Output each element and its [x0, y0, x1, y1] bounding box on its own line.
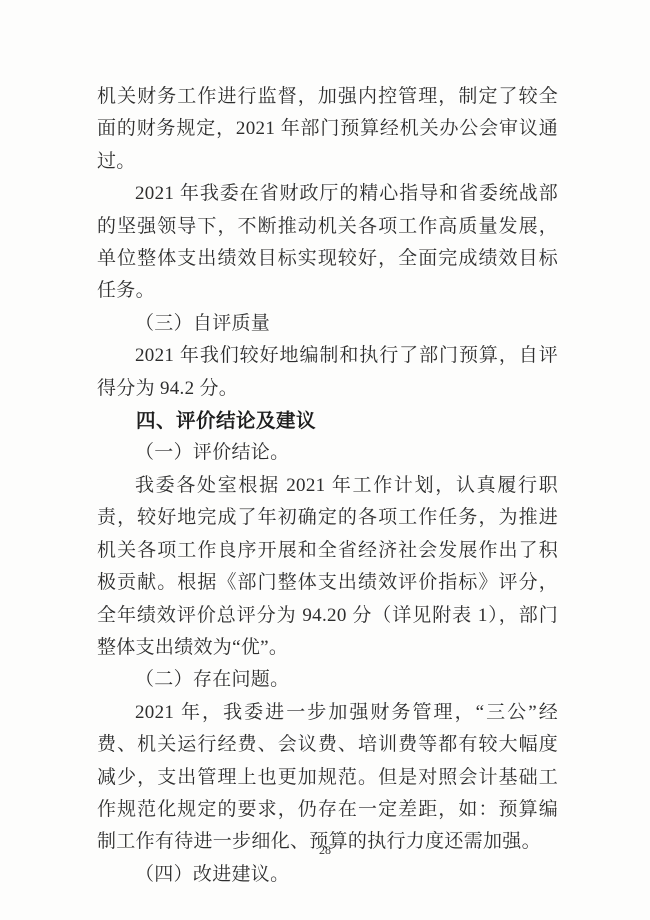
subsection-heading-improvement-suggestions: （四）改进建议。 — [97, 859, 558, 891]
document-body: 机关财务工作进行监督，加强内控管理，制定了较全面的财务规定，2021 年部门预算… — [97, 81, 558, 891]
paragraph: 2021 年我委在省财政厅的精心指导和省委统战部的坚强领导下，不断推动机关各项工… — [97, 178, 558, 308]
paragraph: 2021 年，我委进一步加强财务管理，“三公”经费、机关运行经费、会议费、培训费… — [97, 697, 558, 859]
subsection-heading-existing-problems: （二）存在问题。 — [97, 664, 558, 696]
paragraph: 2021 年我们较好地编制和执行了部门预算，自评得分为 94.2 分。 — [97, 340, 558, 405]
document-page: 机关财务工作进行监督，加强内控管理，制定了较全面的财务规定，2021 年部门预算… — [0, 0, 650, 920]
subsection-heading-self-eval-quality: （三）自评质量 — [97, 308, 558, 340]
paragraph-continuation: 机关财务工作进行监督，加强内控管理，制定了较全面的财务规定，2021 年部门预算… — [97, 81, 558, 178]
paragraph: 我委各处室根据 2021 年工作计划，认真履行职责，较好地完成了年初确定的各项工… — [97, 470, 558, 664]
section-heading-conclusion-and-suggestions: 四、评价结论及建议 — [97, 405, 558, 437]
subsection-heading-evaluation-conclusion: （一）评价结论。 — [97, 437, 558, 469]
page-number: 28 — [0, 843, 650, 858]
